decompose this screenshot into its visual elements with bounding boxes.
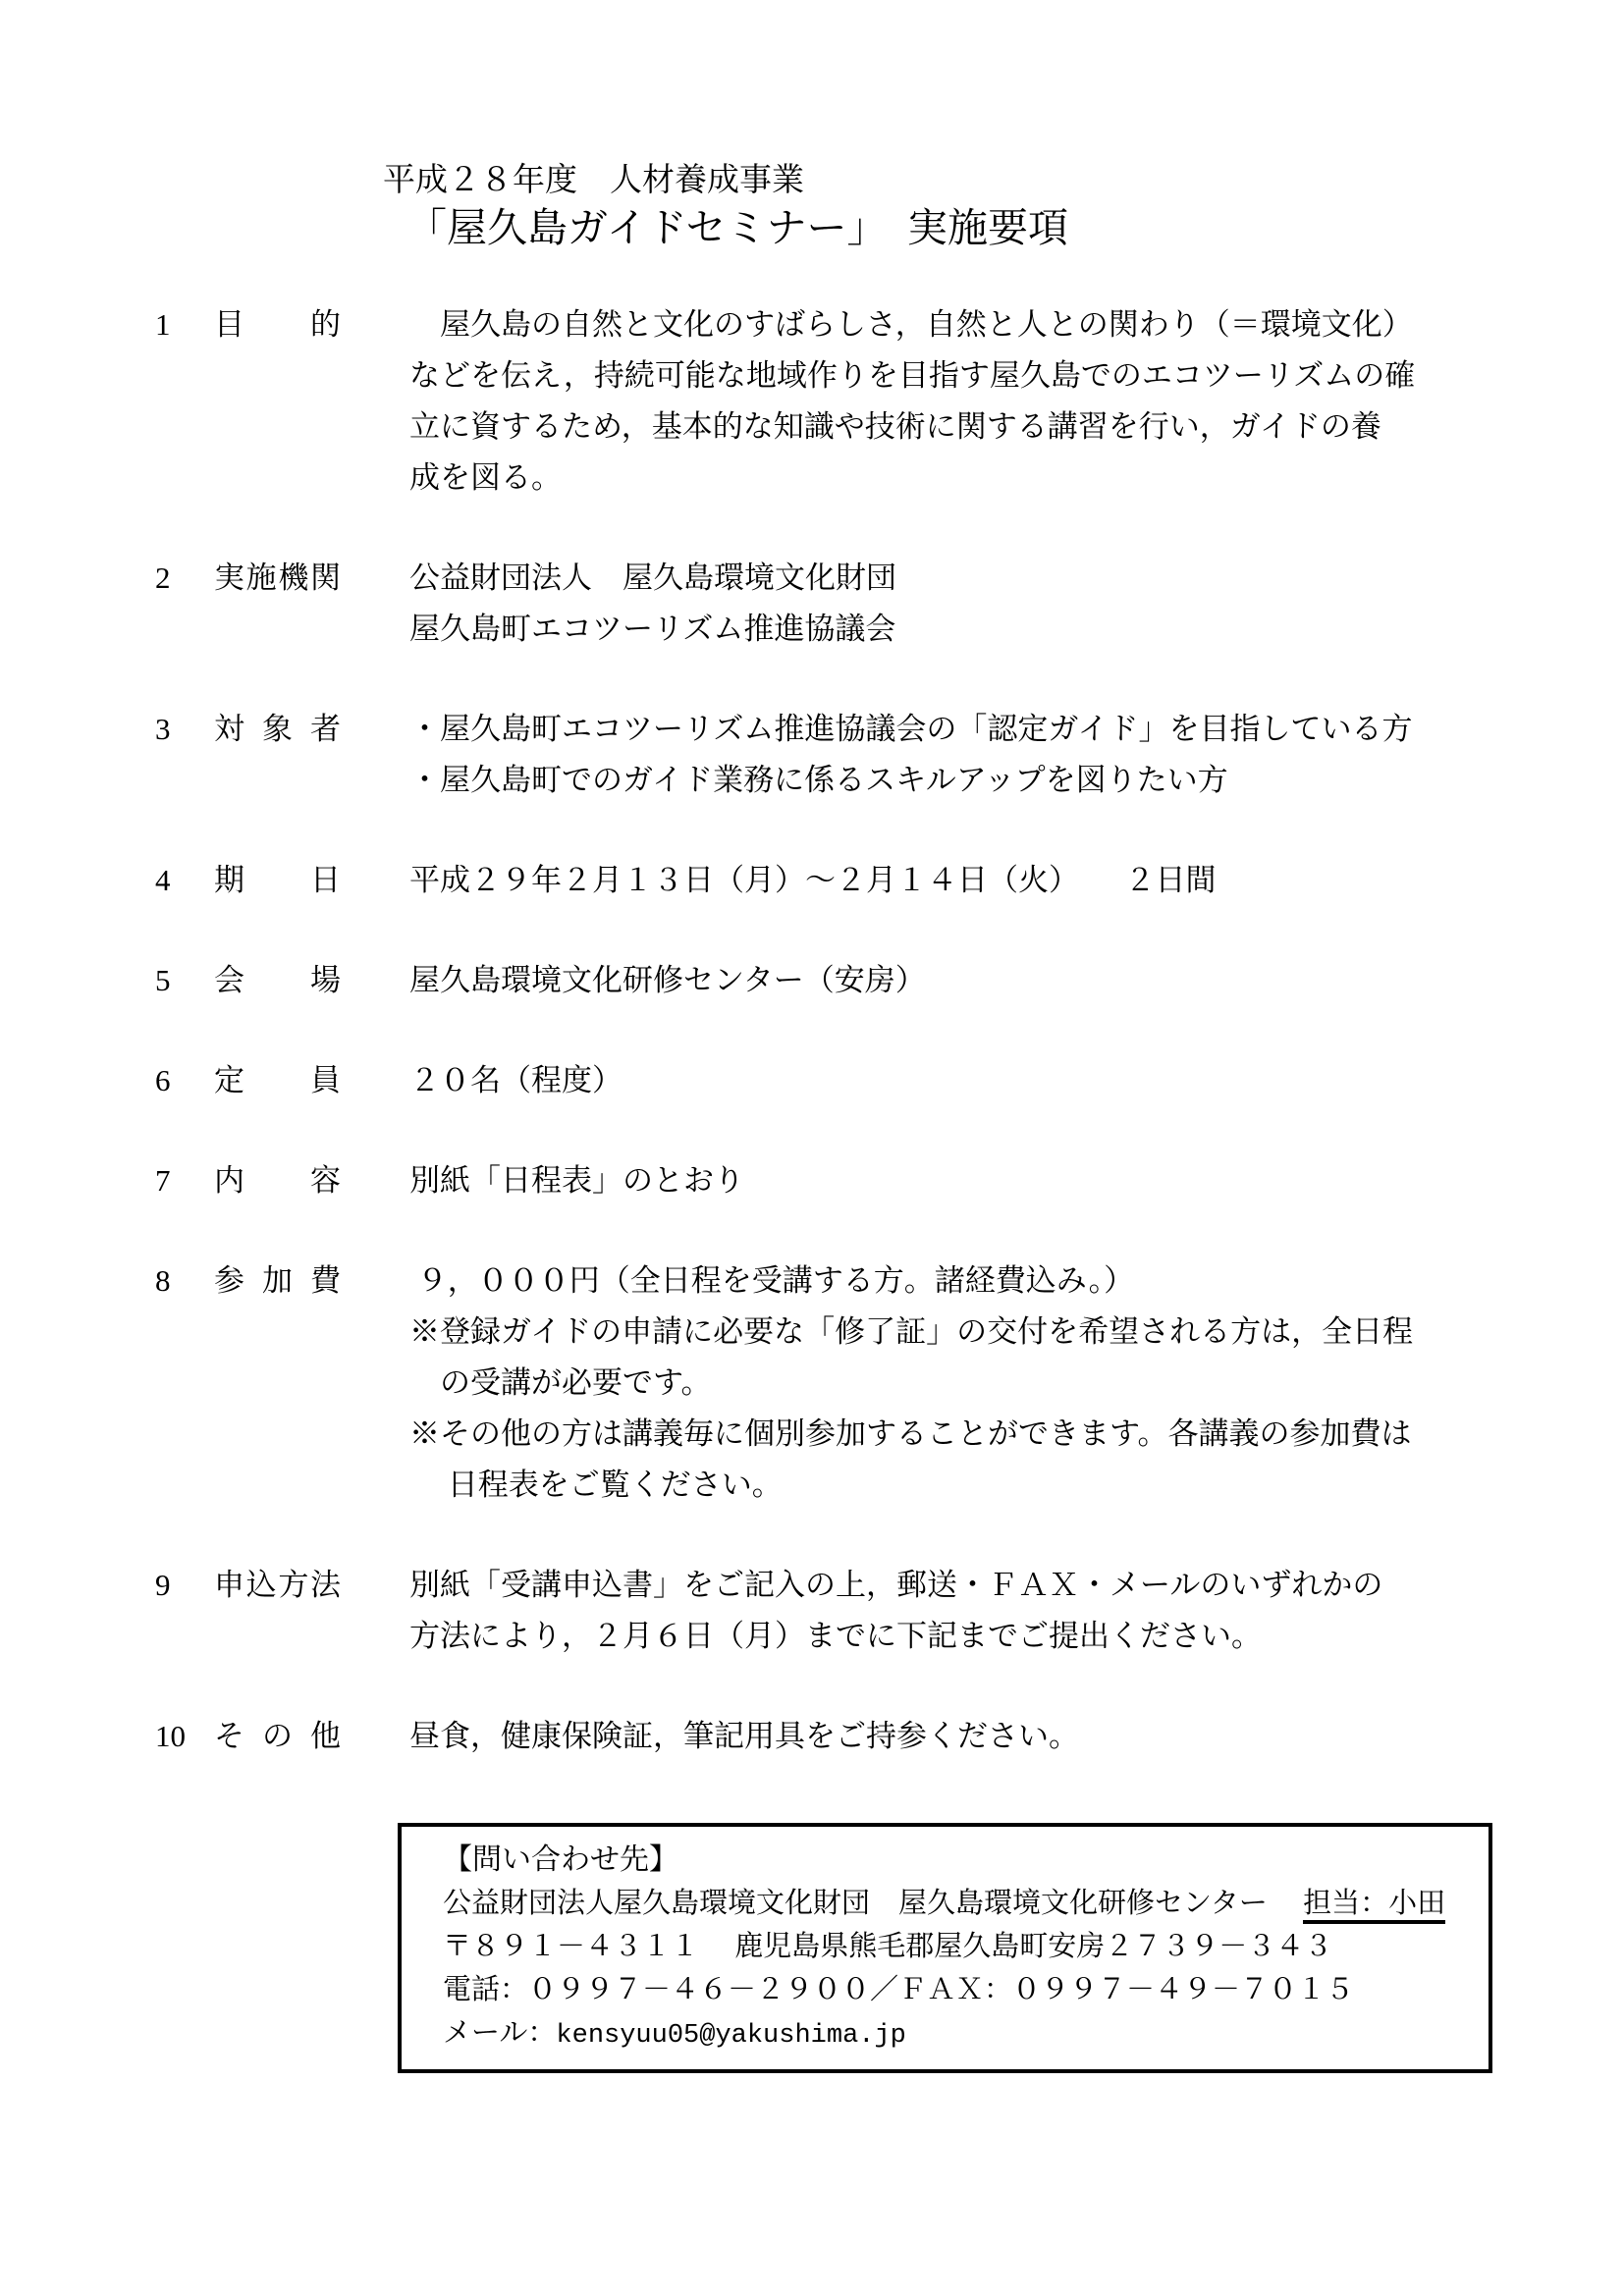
section-text-line: ・屋久島町でのガイド業務に係るスキルアップを図りたい方 (409, 755, 1412, 806)
section-number: 7 (155, 1155, 214, 1206)
section-content: 別紙「日程表」のとおり (409, 1155, 744, 1206)
section-label: 目的 (214, 299, 341, 350)
section-content: 屋久島の自然と文化のすばらしさ，自然と人との関わり（＝環境文化） などを伝え，持… (409, 299, 1415, 504)
section-label: 内容 (214, 1155, 341, 1206)
section-text-line: 屋久島環境文化研修センター（安房） (409, 955, 926, 1006)
contact-box-heading: 【問い合わせ先】 (443, 1839, 1469, 1882)
section-text-line: 別紙「日程表」のとおり (409, 1155, 744, 1206)
section-number: 9 (155, 1560, 214, 1611)
section-text-line: ※登録ガイドの申請に必要な「修了証」の交付を希望される方は，全日程 (409, 1307, 1413, 1358)
contact-person: 担当：小田 (1303, 1888, 1445, 1924)
section-text-line: 日程表をご覧ください。 (409, 1460, 1413, 1511)
contact-box: 【問い合わせ先】 公益財団法人屋久島環境文化財団 屋久島環境文化研修センター 担… (398, 1823, 1492, 2073)
section-label: 定員 (214, 1055, 341, 1106)
document-supertitle: 平成２８年度 人材養成事業 (383, 160, 1624, 201)
section-date: 4 期日 平成２９年２月１３日（月）～２月１４日（火） ２日間 (155, 855, 1624, 906)
section-content: ・屋久島町エコツーリズム推進協議会の「認定ガイド」を目指している方 ・屋久島町で… (409, 704, 1412, 806)
section-text-line: 昼食，健康保険証，筆記用具をご持参ください。 (409, 1711, 1079, 1762)
section-text-line: 方法により，２月６日（月）までに下記までご提出ください。 (409, 1611, 1382, 1662)
section-contents: 7 内容 別紙「日程表」のとおり (155, 1155, 1624, 1206)
section-others: 10 その他 昼食，健康保険証，筆記用具をご持参ください。 (155, 1711, 1624, 1762)
section-number: 4 (155, 855, 214, 906)
contact-address-line: 〒８９１－４３１１ 鹿児島県熊毛郡屋久島町安房２７３９－３４３ (443, 1925, 1469, 1968)
section-text-line: 立に資するため，基本的な知識や技術に関する講習を行い，ガイドの養 (409, 401, 1415, 453)
section-label: 参加費 (214, 1255, 341, 1307)
section-label: 会場 (214, 955, 341, 1006)
section-number: 2 (155, 553, 214, 604)
section-text-line: 別紙「受講申込書」をご記入の上，郵送・ＦＡＸ・メールのいずれかの (409, 1560, 1382, 1611)
contact-mail-label: メール： (443, 2017, 556, 2049)
section-content: 別紙「受講申込書」をご記入の上，郵送・ＦＡＸ・メールのいずれかの 方法により，２… (409, 1560, 1382, 1662)
contact-org-line: 公益財団法人屋久島環境文化財団 屋久島環境文化研修センター 担当：小田 (443, 1882, 1469, 1925)
section-number: 3 (155, 704, 214, 755)
document-title: 「屋久島ガイドセミナー」 実施要項 (406, 201, 1624, 254)
section-text-line: 平成２９年２月１３日（月）～２月１４日（火） ２日間 (409, 855, 1217, 906)
contact-telfax-line: 電話：０９９７－４６－２９００／ＦＡＸ：０９９７－４９－７０１５ (443, 1968, 1469, 2011)
section-fee: 8 参加費 ９，０００円（全日程を受講する方。諸経費込み。） ※登録ガイドの申請… (155, 1255, 1624, 1511)
section-target-audience: 3 対象者 ・屋久島町エコツーリズム推進協議会の「認定ガイド」を目指している方 … (155, 704, 1624, 806)
section-text-line: 公益財団法人 屋久島環境文化財団 (409, 553, 896, 604)
section-content: 屋久島環境文化研修センター（安房） (409, 955, 926, 1006)
section-content: 公益財団法人 屋久島環境文化財団 屋久島町エコツーリズム推進協議会 (409, 553, 896, 655)
section-capacity: 6 定員 ２０名（程度） (155, 1055, 1624, 1106)
document-page: 平成２８年度 人材養成事業 「屋久島ガイドセミナー」 実施要項 1 目的 屋久島… (0, 0, 1624, 2296)
section-label: 実施機関 (214, 553, 341, 604)
section-number: 6 (155, 1055, 214, 1106)
section-number: 1 (155, 299, 214, 350)
section-content: 昼食，健康保険証，筆記用具をご持参ください。 (409, 1711, 1079, 1762)
section-text-line: ２０名（程度） (409, 1055, 623, 1106)
section-label: その他 (214, 1711, 341, 1762)
section-text-line: 屋久島の自然と文化のすばらしさ，自然と人との関わり（＝環境文化） (409, 299, 1415, 350)
contact-mail-line: メール：kensyuu05@yakushima.jp (443, 2011, 1469, 2057)
section-label: 期日 (214, 855, 341, 906)
section-application-method: 9 申込方法 別紙「受講申込書」をご記入の上，郵送・ＦＡＸ・メールのいずれかの … (155, 1560, 1624, 1662)
section-content: ９，０００円（全日程を受講する方。諸経費込み。） ※登録ガイドの申請に必要な「修… (409, 1255, 1413, 1511)
section-number: 10 (155, 1711, 214, 1762)
contact-org-text: 公益財団法人屋久島環境文化財団 屋久島環境文化研修センター (443, 1888, 1303, 1919)
section-number: 5 (155, 955, 214, 1006)
section-text-line: 屋久島町エコツーリズム推進協議会 (409, 604, 896, 655)
section-purpose: 1 目的 屋久島の自然と文化のすばらしさ，自然と人との関わり（＝環境文化） など… (155, 299, 1624, 504)
section-venue: 5 会場 屋久島環境文化研修センター（安房） (155, 955, 1624, 1006)
section-number: 8 (155, 1255, 214, 1307)
section-text-line: 成を図る。 (409, 453, 1415, 504)
section-text-line: ９，０００円（全日程を受講する方。諸経費込み。） (409, 1255, 1413, 1307)
section-content: ２０名（程度） (409, 1055, 623, 1106)
section-label: 対象者 (214, 704, 341, 755)
section-text-line: の受講が必要です。 (409, 1358, 1413, 1409)
section-content: 平成２９年２月１３日（月）～２月１４日（火） ２日間 (409, 855, 1217, 906)
section-text-line: などを伝え，持続可能な地域作りを目指す屋久島でのエコツーリズムの確 (409, 350, 1415, 401)
contact-mail-address: kensyuu05@yakushima.jp (556, 2021, 905, 2051)
section-organizer: 2 実施機関 公益財団法人 屋久島環境文化財団 屋久島町エコツーリズム推進協議会 (155, 553, 1624, 655)
section-text-line: ・屋久島町エコツーリズム推進協議会の「認定ガイド」を目指している方 (409, 704, 1412, 755)
section-label: 申込方法 (214, 1560, 341, 1611)
section-text-line: ※その他の方は講義毎に個別参加することができます。各講義の参加費は (409, 1409, 1413, 1460)
